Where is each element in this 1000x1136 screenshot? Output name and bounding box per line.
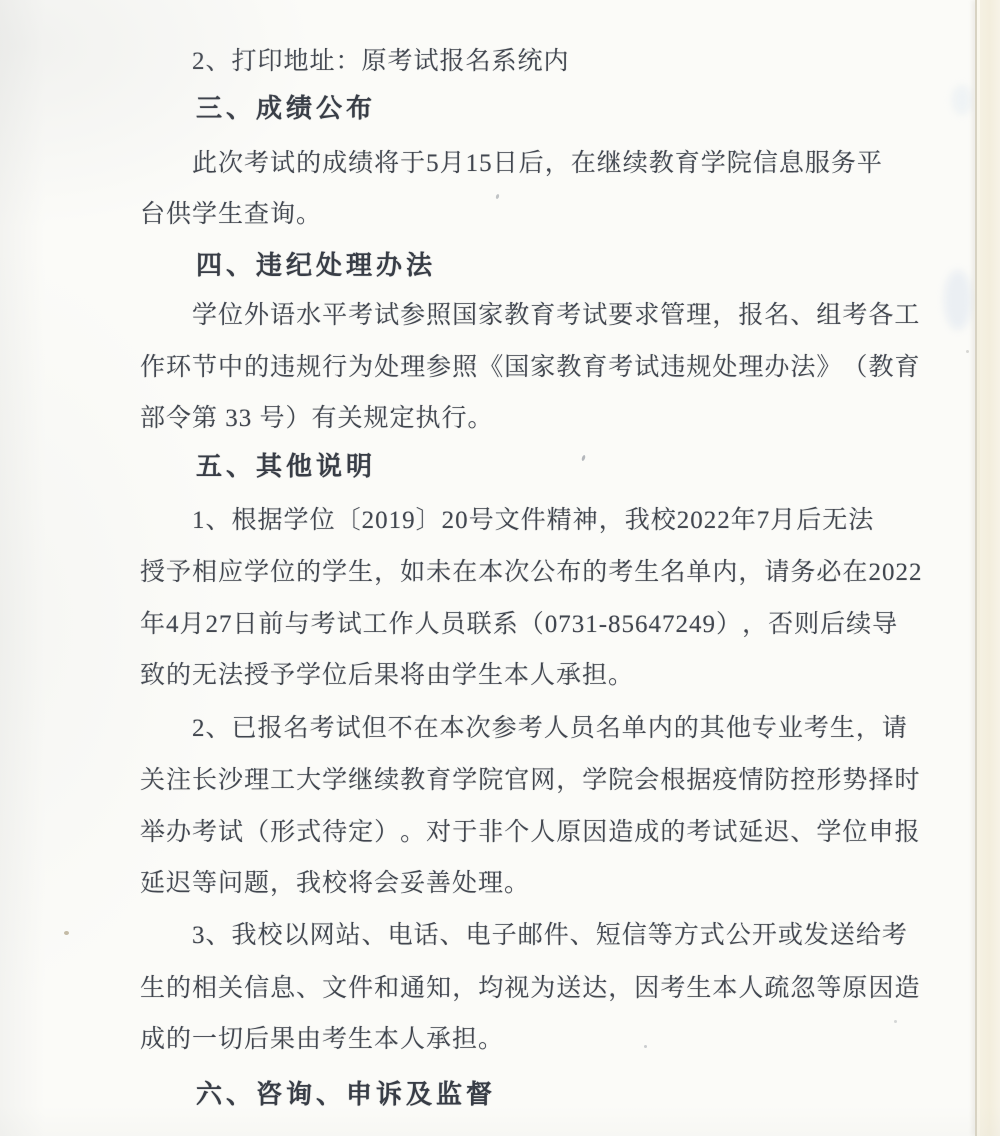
para-note1-line-2: 授予相应学位的学生，如未在本次公布的考生名单内，请务必在2022 [140, 555, 867, 591]
heading-discipline-rules: 四、违纪处理办法 [140, 247, 436, 283]
para-note3-line-1: 3、我校以网站、电话、电子邮件、短信等方式公开或发送给考 [140, 918, 867, 954]
para-discipline-line-1: 学位外语水平考试参照国家教育考试要求管理，报名、组考各工 [140, 298, 867, 334]
document-text: 2、打印地址：原考试报名系统内 三、成绩公布 此次考试的成绩将于5月15日后，在… [0, 0, 1000, 1136]
para-note2-line-2: 关注长沙理工大学继续教育学院官网，学院会根据疫情防控形势择时 [140, 763, 867, 799]
para-note1-line-1: 1、根据学位〔2019〕20号文件精神，我校2022年7月后无法 [140, 503, 867, 539]
para-discipline-line-3: 部令第 33 号）有关规定执行。 [140, 401, 867, 437]
line-print-address: 2、打印地址：原考试报名系统内 [140, 44, 867, 80]
para-score-release-line-2: 台供学生查询。 [140, 197, 867, 233]
para-note2-line-1: 2、已报名考试但不在本次参考人员名单内的其他专业考生，请 [140, 711, 867, 747]
para-note2-line-3: 举办考试（形式待定）。对于非个人原因造成的考试延迟、学位申报 [140, 815, 867, 851]
heading-inquiry-appeal: 六、咨询、申诉及监督 [140, 1076, 496, 1112]
heading-other-notes: 五、其他说明 [140, 448, 376, 484]
heading-score-release: 三、成绩公布 [140, 90, 376, 126]
para-note3-line-3: 成的一切后果由考生本人承担。 [140, 1022, 867, 1058]
para-note1-line-4: 致的无法授予学位后果将由学生本人承担。 [140, 658, 867, 694]
para-discipline-line-2: 作环节中的违规行为处理参照《国家教育考试违规处理办法》（教育 [140, 350, 867, 386]
scanned-document-page: 2、打印地址：原考试报名系统内 三、成绩公布 此次考试的成绩将于5月15日后，在… [0, 0, 1000, 1136]
para-note1-line-3: 年4月27日前与考试工作人员联系（0731-85647249），否则后续导 [140, 607, 867, 643]
para-score-release-line-1: 此次考试的成绩将于5月15日后，在继续教育学院信息服务平 [140, 146, 867, 182]
para-note2-line-4: 延迟等问题，我校将会妥善处理。 [140, 866, 867, 902]
para-note3-line-2: 生的相关信息、文件和通知，均视为送达，因考生本人疏忽等原因造 [140, 971, 867, 1007]
